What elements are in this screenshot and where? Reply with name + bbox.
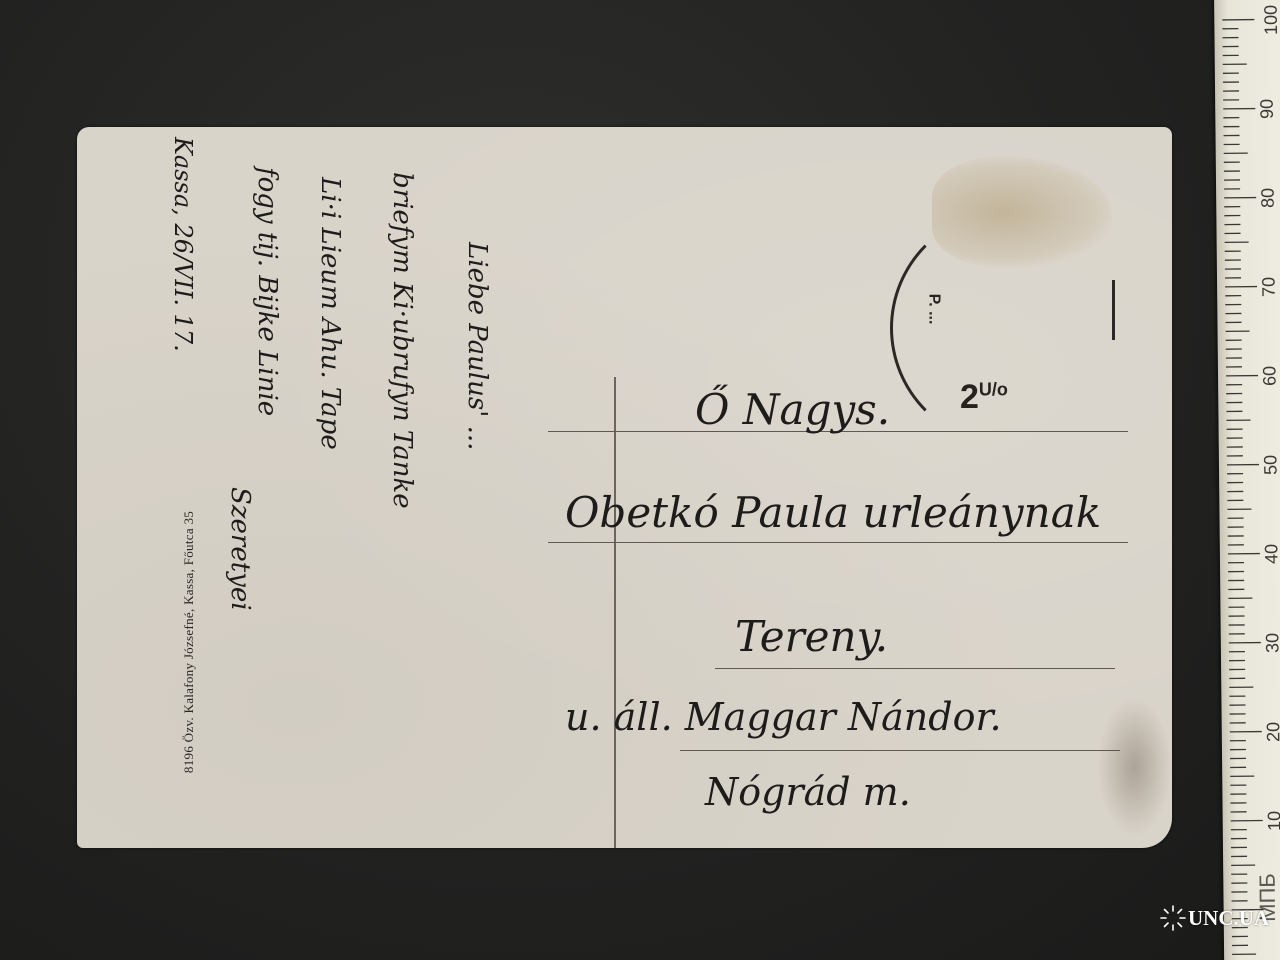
ruler-label: 40 <box>1261 544 1280 564</box>
ruler-label: 70 <box>1259 277 1280 297</box>
address-rule-4 <box>680 750 1120 751</box>
postmark-tick <box>1112 280 1115 340</box>
postmark-date: P. ... <box>924 294 942 325</box>
message-line-2: fogy tij. Bijke Linie <box>252 167 282 416</box>
ruler-label: 50 <box>1260 455 1280 475</box>
ruler-label: 10 <box>1264 811 1280 831</box>
postmark-hour: 2U/o <box>960 378 1008 417</box>
foxing-stain <box>1097 697 1172 837</box>
message-dateline: Kassa, 26/VII. 17. <box>169 137 197 352</box>
ruler-label: 90 <box>1257 99 1278 119</box>
ruler-label: 80 <box>1258 188 1279 208</box>
watermark: UNC.UA <box>1160 905 1269 931</box>
address-rule-2 <box>548 542 1128 543</box>
ruler-label: 20 <box>1263 722 1280 742</box>
watermark-text: UNC.UA <box>1188 906 1269 931</box>
ruler-label: 30 <box>1262 633 1280 653</box>
address-line-4: u. áll. Maggar Nándor. <box>565 695 1002 739</box>
address-rule-3 <box>715 668 1115 669</box>
message-line-3: Li·i Lieum Ahu. Tape <box>315 177 345 450</box>
address-line-1: Ő Nagys. <box>695 385 890 434</box>
ruler: 100908070605040302010 МПБ <box>1214 0 1280 960</box>
message-line-4: briefym Ki·ubrufyn Tanke <box>387 172 417 509</box>
address-line-2: Obetkó Paula urleánynak <box>565 488 1101 537</box>
address-line-5: Nógrád m. <box>705 770 911 814</box>
sunburst-icon <box>1160 905 1186 931</box>
center-divider <box>614 377 616 848</box>
ruler-label: 100 <box>1261 5 1280 35</box>
message-signature: Szeretyei <box>225 487 255 611</box>
postmark-ring <box>890 210 1126 446</box>
ruler-label: 60 <box>1259 366 1280 386</box>
address-line-3: Tereny. <box>735 612 888 661</box>
message-salutation: Liebe Paulus' ... <box>462 242 492 450</box>
publisher-imprint: 8196 Özv. Kalafony Józsefné, Kassa, Főut… <box>181 511 197 773</box>
